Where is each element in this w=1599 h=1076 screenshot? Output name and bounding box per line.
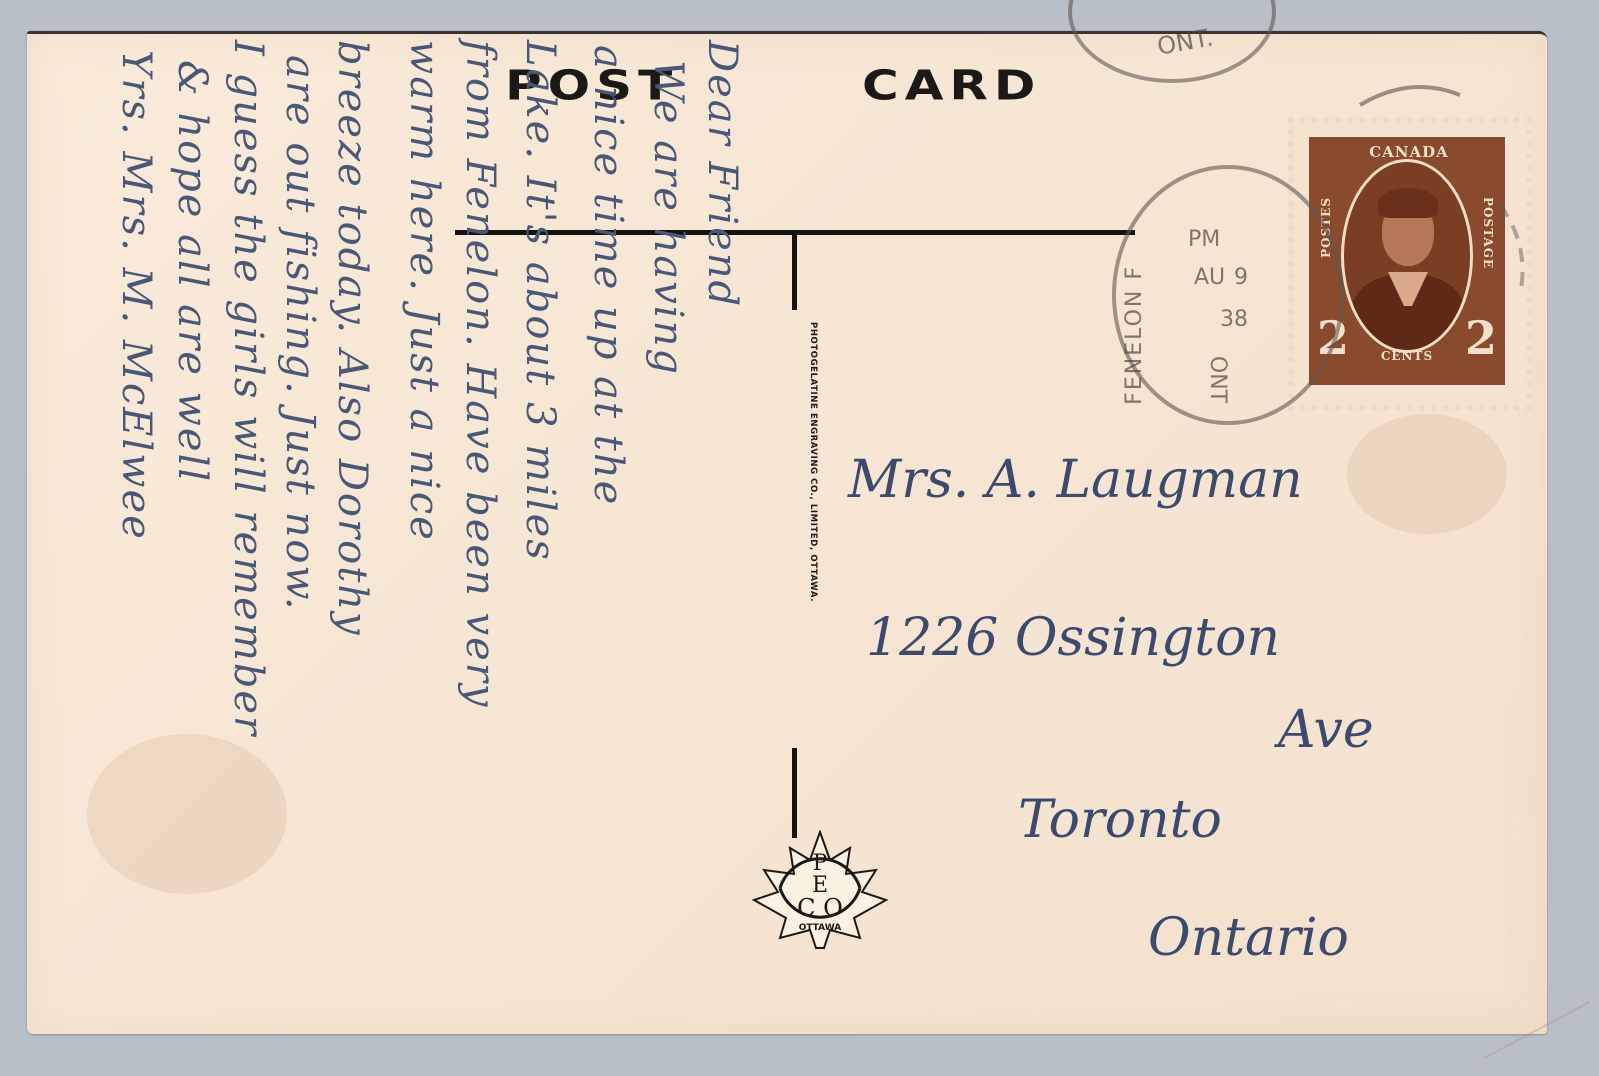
address-street: 1226 Ossington <box>866 608 1280 668</box>
address-divider-vertical <box>792 230 797 310</box>
peco-logo: P E C O OTTAWA <box>750 830 890 950</box>
stain <box>1347 414 1507 534</box>
maple-leaf-icon: P E C O OTTAWA <box>750 830 890 950</box>
address-street-suffix: Ave <box>1278 700 1374 760</box>
postmark-month: AU <box>1194 265 1225 290</box>
postmark-partial-text: ONT. <box>1155 23 1215 60</box>
postmark-fenelon: FENELON F PM AU 9 38 ONT <box>1112 165 1344 425</box>
svg-text:OTTAWA: OTTAWA <box>799 923 842 933</box>
message-line: breeze today. Also Dorothy <box>332 40 372 637</box>
postmark-province: ONT <box>1205 356 1230 403</box>
address-divider-vertical-lower <box>792 748 797 838</box>
svg-text:C O: C O <box>797 894 843 922</box>
address-recipient: Mrs. A. Laugman <box>848 450 1303 510</box>
message-line: Yrs. Mrs. M. McElwee <box>116 50 156 541</box>
message-line: are out fishing. Just now. <box>280 55 320 612</box>
message-line: Dear Friend <box>702 40 742 308</box>
publisher-imprint: PHOTOGELATINE ENGRAVING CO., LIMITED, OT… <box>808 322 818 602</box>
message-line: We are having <box>648 60 688 376</box>
corner-crease <box>1484 1001 1591 1059</box>
heading-card: CARD <box>862 62 1041 110</box>
postmark-day: 9 <box>1234 265 1248 290</box>
message-line: Lake. It's about 3 miles <box>520 40 560 562</box>
address-province: Ontario <box>1148 908 1349 968</box>
postmark-place: FENELON F <box>1122 265 1147 405</box>
stain <box>87 734 287 894</box>
message-line: I guess the girls will remember <box>228 40 268 737</box>
message-line: warm here. Just a nice <box>404 40 444 542</box>
message-line: a nice time up at the <box>588 45 628 506</box>
address-city: Toronto <box>1018 790 1222 850</box>
message-line: & hope all are well <box>172 60 212 483</box>
cancellation-marks <box>1350 75 1550 375</box>
postmark-year: 38 <box>1220 307 1248 332</box>
message-line: from Fenelon. Have been very <box>460 40 500 709</box>
postmark-time: PM <box>1188 227 1220 252</box>
